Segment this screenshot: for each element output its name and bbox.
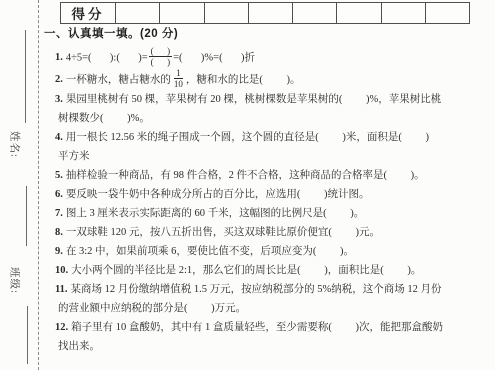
question-12-continuation: 找出来。 [55, 337, 493, 356]
question-text: 树棵数少( )%。 [58, 113, 150, 124]
question-number: 7. [55, 208, 63, 219]
question-number: 5. [55, 170, 63, 181]
score-empty-cell [337, 3, 381, 23]
question-number: 2. [55, 74, 63, 85]
score-empty-cell [116, 3, 160, 23]
margin-blank-line-top [25, 30, 26, 123]
fraction: ( )( ) [149, 46, 173, 68]
question-text: 大小两个圆的半径比是 2:1，那么它们的周长比是( )，面积比是( )。 [71, 265, 421, 276]
question-3: 3.果园里桃树有 50 棵，苹果树有 20 棵，桃树棵数是苹果树的( )%，苹果… [55, 90, 493, 109]
question-10: 10.大小两个圆的半径比是 2:1，那么它们的周长比是( )，面积比是( )。 [55, 261, 493, 280]
question-number: 6. [55, 189, 63, 200]
question-text: 平方米 [58, 151, 90, 162]
question-text: 一杯糖水，糖占糖水的 [66, 74, 171, 85]
question-number: 8. [55, 227, 63, 238]
question-5: 5.抽样检验一种商品，有 98 件合格，2 件不合格，这种商品的合格率是( )。 [55, 166, 493, 185]
name-label: 姓名: [10, 128, 23, 162]
question-2: 2.一杯糖水，糖占糖水的110，糖和水的比是( )。 [55, 69, 493, 91]
question-text: 一双球鞋 120 元，按八五折出售，买这双球鞋比原价便宜( )元。 [66, 227, 380, 238]
question-number: 12. [55, 322, 68, 333]
fraction-numerator: 1 [174, 68, 183, 79]
question-4: 4.用一根长 12.56 米的绳子围成一个圆，这个圆的直径是( )米，面积是( … [55, 128, 493, 147]
question-11-continuation: 的营业额中应纳税的部分是( )万元。 [55, 299, 493, 318]
score-label-cell: 得分 [61, 3, 116, 23]
score-empty-cell [382, 3, 426, 23]
question-number: 3. [55, 94, 63, 105]
content-area: 一、认真填一填。(20 分) 1.4÷5=( ):( )=( )( )=( )%… [44, 26, 493, 356]
fraction-numerator: ( ) [149, 46, 173, 57]
question-11: 11.某商场 12 月份缴纳增值税 1.5 万元，按应纳税部分的 5%纳税，这个… [55, 280, 493, 299]
score-empty-cell [293, 3, 337, 23]
question-text: 某商场 12 月份缴纳增值税 1.5 万元，按应纳税部分的 5%纳税，这个商场 … [71, 284, 442, 295]
question-text: 箱子里有 10 盒酸奶，其中有 1 盒质量轻些，至少需要称( )次，能把那盒酸奶 [71, 322, 443, 333]
question-text: 用一根长 12.56 米的绳子围成一个圆，这个圆的直径是( )米，面积是( ) [66, 132, 429, 143]
fraction-denominator: 10 [172, 79, 185, 89]
question-number: 4. [55, 132, 63, 143]
question-9: 9.在 3:2 中，如果前项乘 6，要使比值不变，后项应变为( )。 [55, 242, 493, 261]
question-text: 要反映一袋牛奶中各种成分所占的百分比，应选用( )统计图。 [66, 189, 370, 200]
question-text: 在 3:2 中，如果前项乘 6，要使比值不变，后项应变为( )。 [66, 246, 354, 257]
question-3-continuation: 树棵数少( )%。 [55, 109, 493, 128]
question-1: 1.4÷5=( ):( )=( )( )=( )%=( )折 [55, 47, 493, 69]
exam-paper: 姓名: 班级: 得分 一、认真填一填。(20 分) 1.4÷5=( ):( )=… [0, 0, 495, 370]
question-12: 12.箱子里有 10 盒酸奶，其中有 1 盒质量轻些，至少需要称( )次，能把那… [55, 318, 493, 337]
question-8: 8.一双球鞋 120 元，按八五折出售，买这双球鞋比原价便宜( )元。 [55, 223, 493, 242]
question-7: 7.图上 3 厘米表示实际距离的 60 千米，这幅图的比例尺是( )。 [55, 204, 493, 223]
score-empty-cell [426, 3, 469, 23]
question-text: 的营业额中应纳税的部分是( )万元。 [58, 303, 246, 314]
question-text: 果园里桃树有 50 棵，苹果树有 20 棵，桃树棵数是苹果树的( )%，苹果树比… [66, 94, 441, 105]
binding-dashed-line [38, 0, 39, 370]
score-empty-cell [249, 3, 293, 23]
score-table: 得分 [60, 2, 470, 24]
class-label: 班级: [10, 264, 23, 298]
question-text: =( )%=( )折 [173, 52, 255, 63]
class-blank-line [27, 306, 28, 364]
question-text: 抽样检验一种商品，有 98 件合格，2 件不合格，这种商品的合格率是( )。 [66, 170, 425, 181]
question-4-continuation: 平方米 [55, 147, 493, 166]
name-blank-line [26, 186, 27, 246]
question-text: 找出来。 [58, 341, 100, 352]
section-title: 一、认真填一填。(20 分) [44, 26, 493, 42]
fraction-denominator: ( ) [149, 57, 173, 67]
question-number: 9. [55, 246, 63, 257]
fraction: 110 [172, 68, 185, 90]
question-number: 1. [55, 52, 63, 63]
score-empty-cell [160, 3, 204, 23]
question-6: 6.要反映一袋牛奶中各种成分所占的百分比，应选用( )统计图。 [55, 185, 493, 204]
question-text: ，糖和水的比是( )。 [186, 74, 301, 85]
question-number: 11. [55, 284, 68, 295]
question-text: 4÷5=( ):( )= [66, 52, 148, 63]
score-empty-cell [205, 3, 249, 23]
question-text: 图上 3 厘米表示实际距离的 60 千米，这幅图的比例尺是( )。 [66, 208, 364, 219]
questions-list: 1.4÷5=( ):( )=( )( )=( )%=( )折2.一杯糖水，糖占糖… [44, 47, 493, 356]
question-number: 10. [55, 265, 68, 276]
